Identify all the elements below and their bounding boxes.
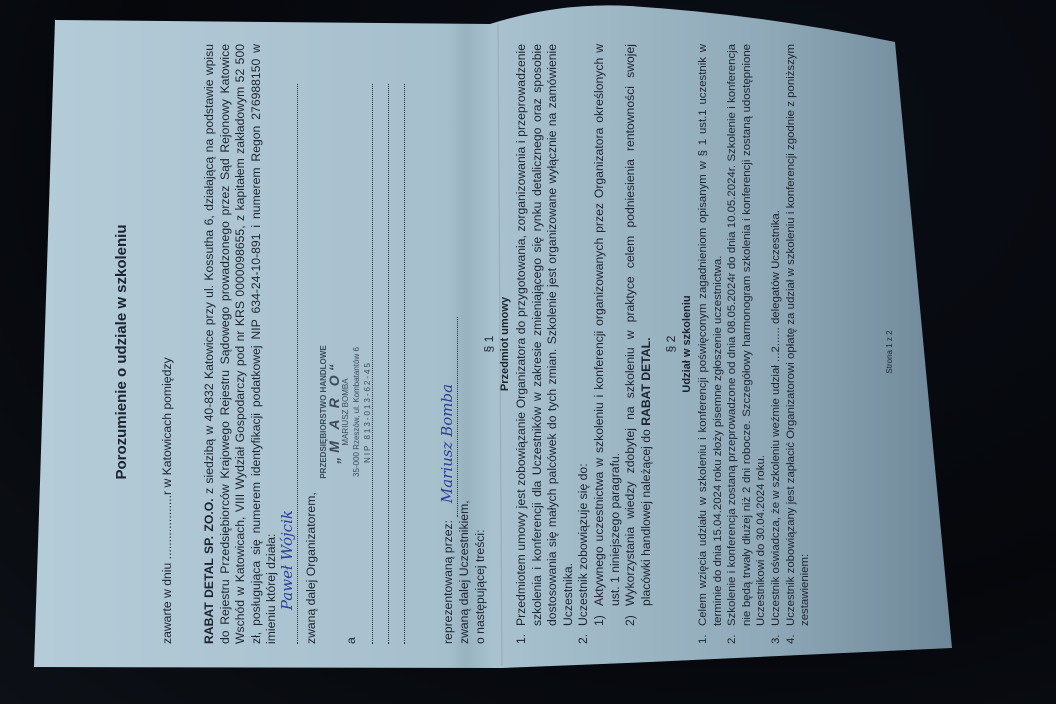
list-subitem: 1)Aktywnego uczestnictwa w szkoleniu i k… <box>592 44 623 644</box>
list-item: 4.Uczestnik zobowiązany jest zapłacić Or… <box>784 44 813 644</box>
organizer-signature: Paweł Wójcik <box>278 510 296 610</box>
date-blank: ................... <box>160 495 174 559</box>
list-item: 3.Uczestnik oświadcza, że w szkoleniu we… <box>769 44 784 644</box>
list-item: 2.Uczestnik zobowiązuje się do: <box>576 44 592 644</box>
list-item: 1.Przedmiotem umowy jest zobowiązanie Or… <box>514 44 576 644</box>
list-item: 2.Szkolenie i konferencja zostaną przepr… <box>725 44 769 644</box>
participant-signature: Mariusz Bomba <box>438 384 456 503</box>
company-stamp: PRZEDSIĘBIORSTWO HANDLOWE „M A R O“ MARI… <box>318 282 373 542</box>
organizer-signature-line: Paweł Wójcik <box>280 44 298 644</box>
section-2-number: § 2 <box>664 44 680 644</box>
section-1-number: § 1 <box>482 44 498 644</box>
section-1-body: 1.Przedmiotem umowy jest zobowiązanie Or… <box>514 44 654 644</box>
document-page: Porozumienie o udziale w szkoleniu zawar… <box>62 22 922 682</box>
document-title: Porozumienie o udziale w szkoleniu <box>114 22 130 682</box>
page-number: Strona 1 z 2 <box>882 22 898 682</box>
participant-role: zwaną dalej Uczestnikiem, <box>457 44 473 644</box>
organizer-name: RABAT DETAL SP. ZO.O. <box>202 498 216 644</box>
section-2-body: 1.Celem wzięcia udziału w szkoleniu i ko… <box>696 44 813 644</box>
dotted-line <box>392 84 405 644</box>
represented-by-line: reprezentowaną przez: Mariusz Bomba <box>440 44 458 644</box>
list-item: 1.Celem wzięcia udziału w szkoleniu i ko… <box>696 44 725 644</box>
organizer-paragraph: RABAT DETAL SP. ZO.O. z siedzibą w 40-83… <box>202 44 280 644</box>
section-1-heading: Przedmiot umowy <box>498 44 514 644</box>
section-2-heading: Udział w szkoleniu <box>680 44 696 644</box>
intro-line: zawarte w dniu ...................r w Ka… <box>160 44 176 644</box>
dotted-line <box>376 84 389 644</box>
list-subitem: 2)Wykorzystania wiedzy zdobytej na szkol… <box>623 44 654 644</box>
